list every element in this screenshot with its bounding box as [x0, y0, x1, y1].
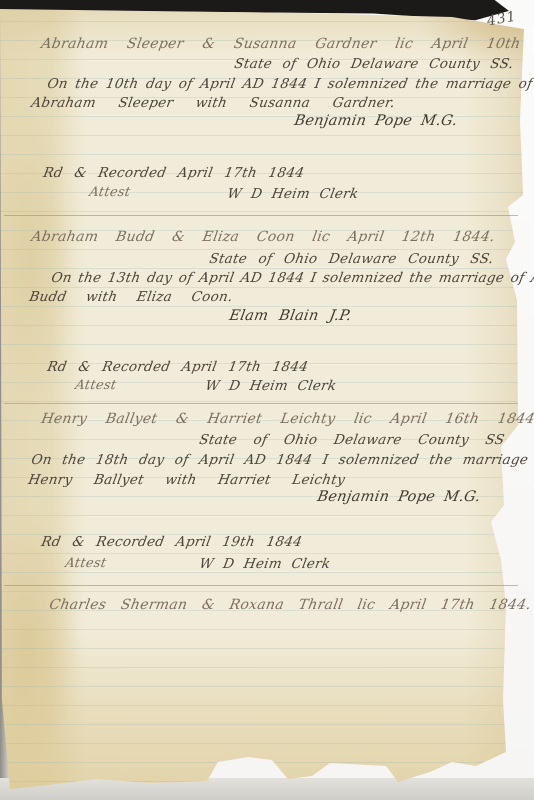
entry2-officiant-signature: Elam Blain J.P. [228, 308, 353, 324]
entry1-officiant-signature: Benjamin Pope M.G. [293, 113, 459, 129]
entry1-solemnization-line-2: Abraham Sleeper with Susanna Gardner. [30, 95, 396, 111]
entry3-title-line: Henry Ballyet & Harriet Leichty lic Apri… [40, 411, 534, 427]
entry-divider-1 [4, 215, 518, 216]
entry3-clerk-signature: W D Heim Clerk [198, 556, 332, 572]
entry1-recorded-line: Rd & Recorded April 17th 1844 [42, 165, 306, 181]
entry1-attest-label: Attest [88, 185, 132, 200]
entry2-state-county-line: State of Ohio Delaware County SS. [208, 251, 495, 267]
entry2-clerk-signature: W D Heim Clerk [204, 378, 338, 394]
entry1-clerk-signature: W D Heim Clerk [226, 186, 360, 202]
entry-divider-2 [4, 403, 518, 404]
entry1-solemnization-line-1: On the 10th day of April AD 1844 I solem… [46, 76, 534, 92]
entry1-title-line: Abraham Sleeper & Susanna Gardner lic Ap… [40, 36, 534, 52]
entry-divider-3 [4, 585, 518, 586]
entry3-attest-label: Attest [64, 556, 108, 571]
entry2-solemnization-line-2: Budd with Eliza Coon. [28, 289, 234, 305]
entry1-state-county-line: State of Ohio Delaware County SS. [233, 56, 515, 72]
entry3-recorded-line: Rd & Recorded April 19th 1844 [40, 534, 304, 550]
entry2-solemnization-line-1: On the 13th day of April AD 1844 I solem… [50, 270, 534, 286]
entry3-solemnization-line-2: Henry Ballyet with Harriet Leichty [27, 472, 346, 488]
scanner-backdrop-bottom [0, 778, 534, 800]
entry3-solemnization-line-1: On the 18th day of April AD 1844 I solem… [30, 452, 534, 468]
scanned-ledger-page: 431 Abraham Sleeper & Susanna Gardner li… [0, 0, 534, 800]
entry3-state-county-line: State of Ohio Delaware County SS [198, 432, 506, 448]
entry3-officiant-signature: Benjamin Pope M.G. [316, 489, 482, 505]
entry4-title-line: Charles Sherman & Roxana Thrall lic Apri… [48, 597, 532, 613]
entry2-recorded-line: Rd & Recorded April 17th 1844 [46, 359, 310, 375]
entry2-title-line: Abraham Budd & Eliza Coon lic April 12th… [30, 229, 496, 245]
entry2-attest-label: Attest [74, 378, 118, 393]
